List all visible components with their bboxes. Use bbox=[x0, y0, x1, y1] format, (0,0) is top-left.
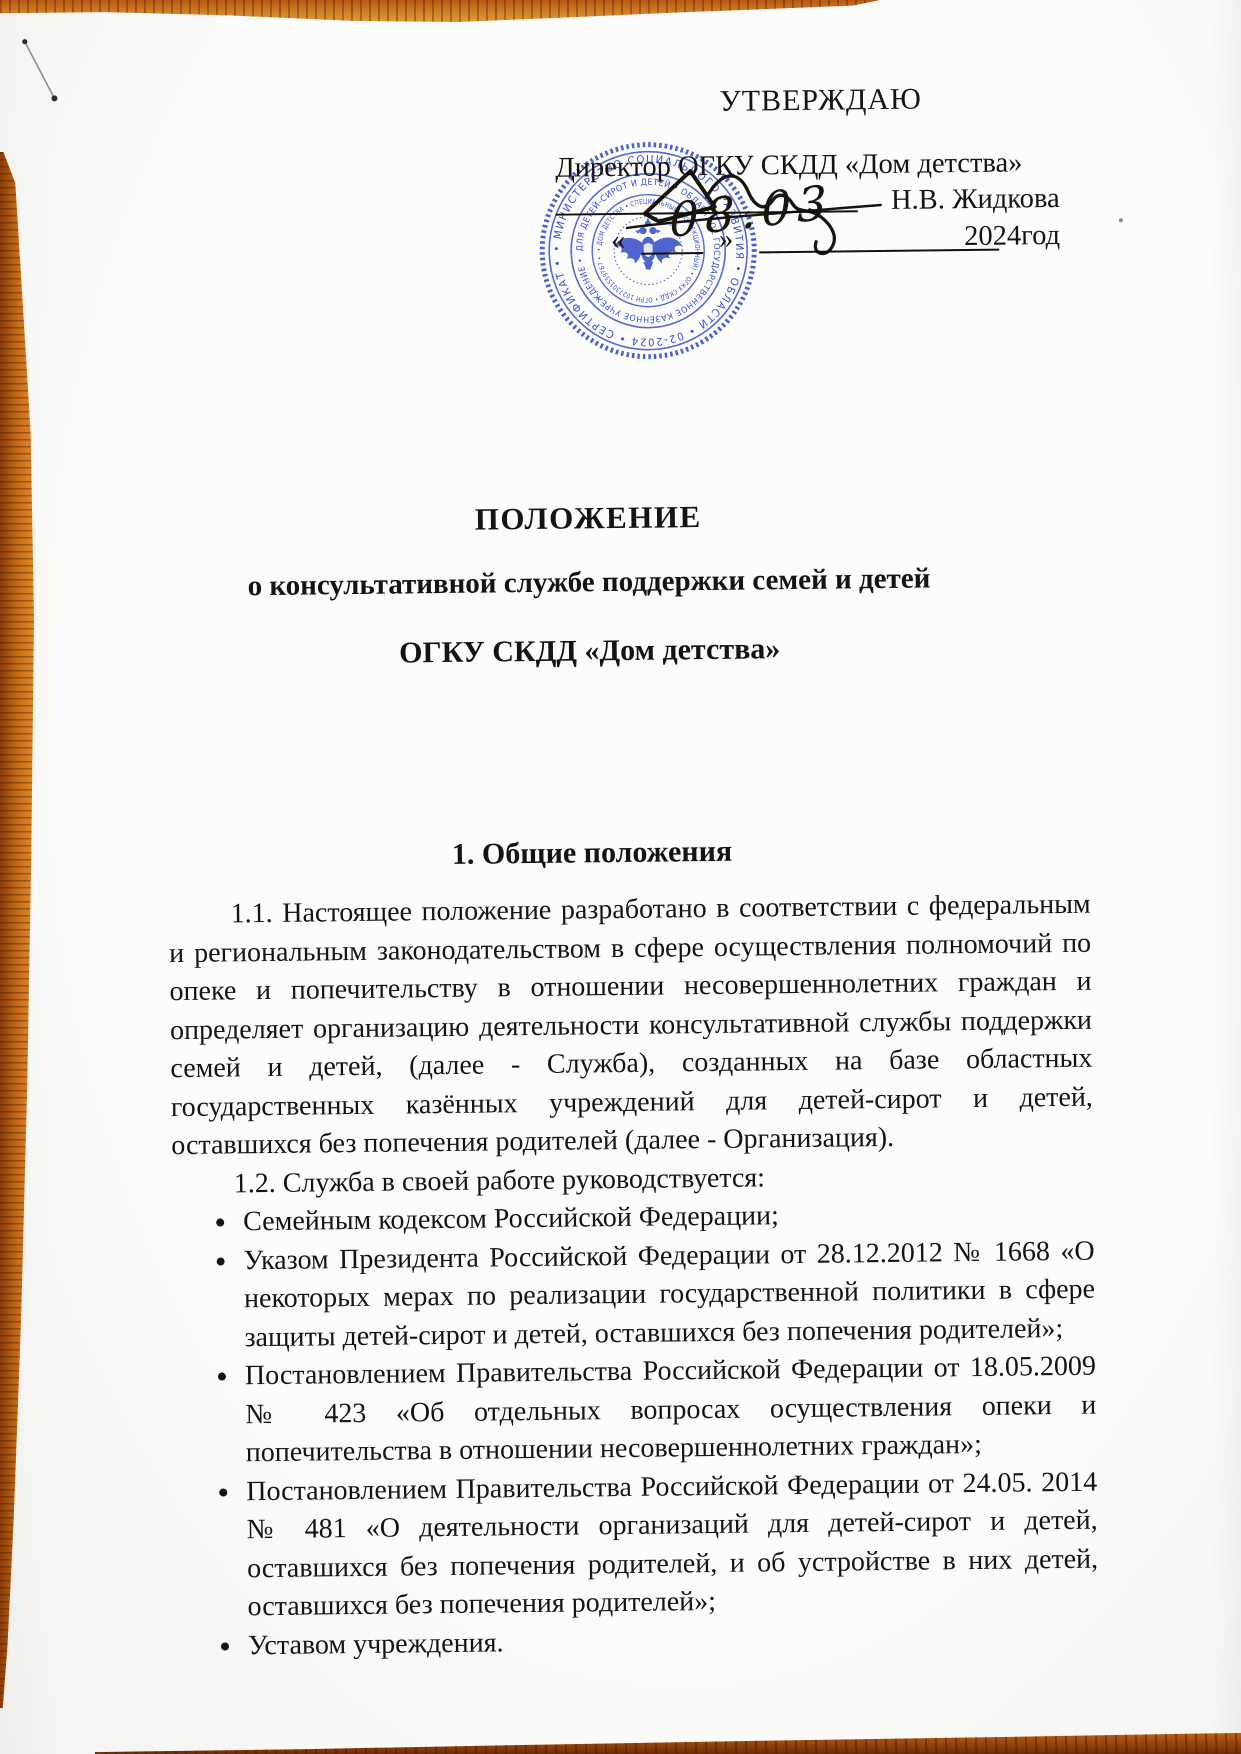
paper-sheet: УТВЕРЖДАЮ • МИНИСТЕРСТВО СОЦИАЛЬНОГО РАЗ… bbox=[0, 0, 1241, 1754]
document-subtitle: о консультативной службе поддержки семей… bbox=[119, 561, 1059, 605]
list-item: Постановлением Правительства Российской … bbox=[241, 1348, 1097, 1473]
legal-references-list: Семейным кодексом Российской Федерации; … bbox=[172, 1194, 1099, 1666]
organization-name: ОГКУ СКДД «Дом детства» bbox=[120, 629, 1060, 674]
document-title: ПОЛОЖЕНИЕ bbox=[118, 495, 1058, 542]
pencil-mark bbox=[11, 31, 82, 122]
list-item: Постановлением Правительства Российской … bbox=[242, 1463, 1099, 1627]
approval-label: УТВЕРЖДАЮ bbox=[719, 83, 922, 119]
list-item: Указом Президента Российской Федерации о… bbox=[239, 1232, 1095, 1357]
paper-speck bbox=[1119, 218, 1123, 222]
scanned-document-photo: УТВЕРЖДАЮ • МИНИСТЕРСТВО СОЦИАЛЬНОГО РАЗ… bbox=[0, 0, 1241, 1754]
section-heading: 1. Общие положения bbox=[122, 831, 1062, 876]
paragraph-1-1: 1.1. Настоящее положение разработано в с… bbox=[168, 886, 1093, 1166]
body-text: 1.1. Настоящее положение разработано в с… bbox=[168, 886, 1099, 1666]
year-label: 2024год bbox=[964, 220, 1060, 253]
